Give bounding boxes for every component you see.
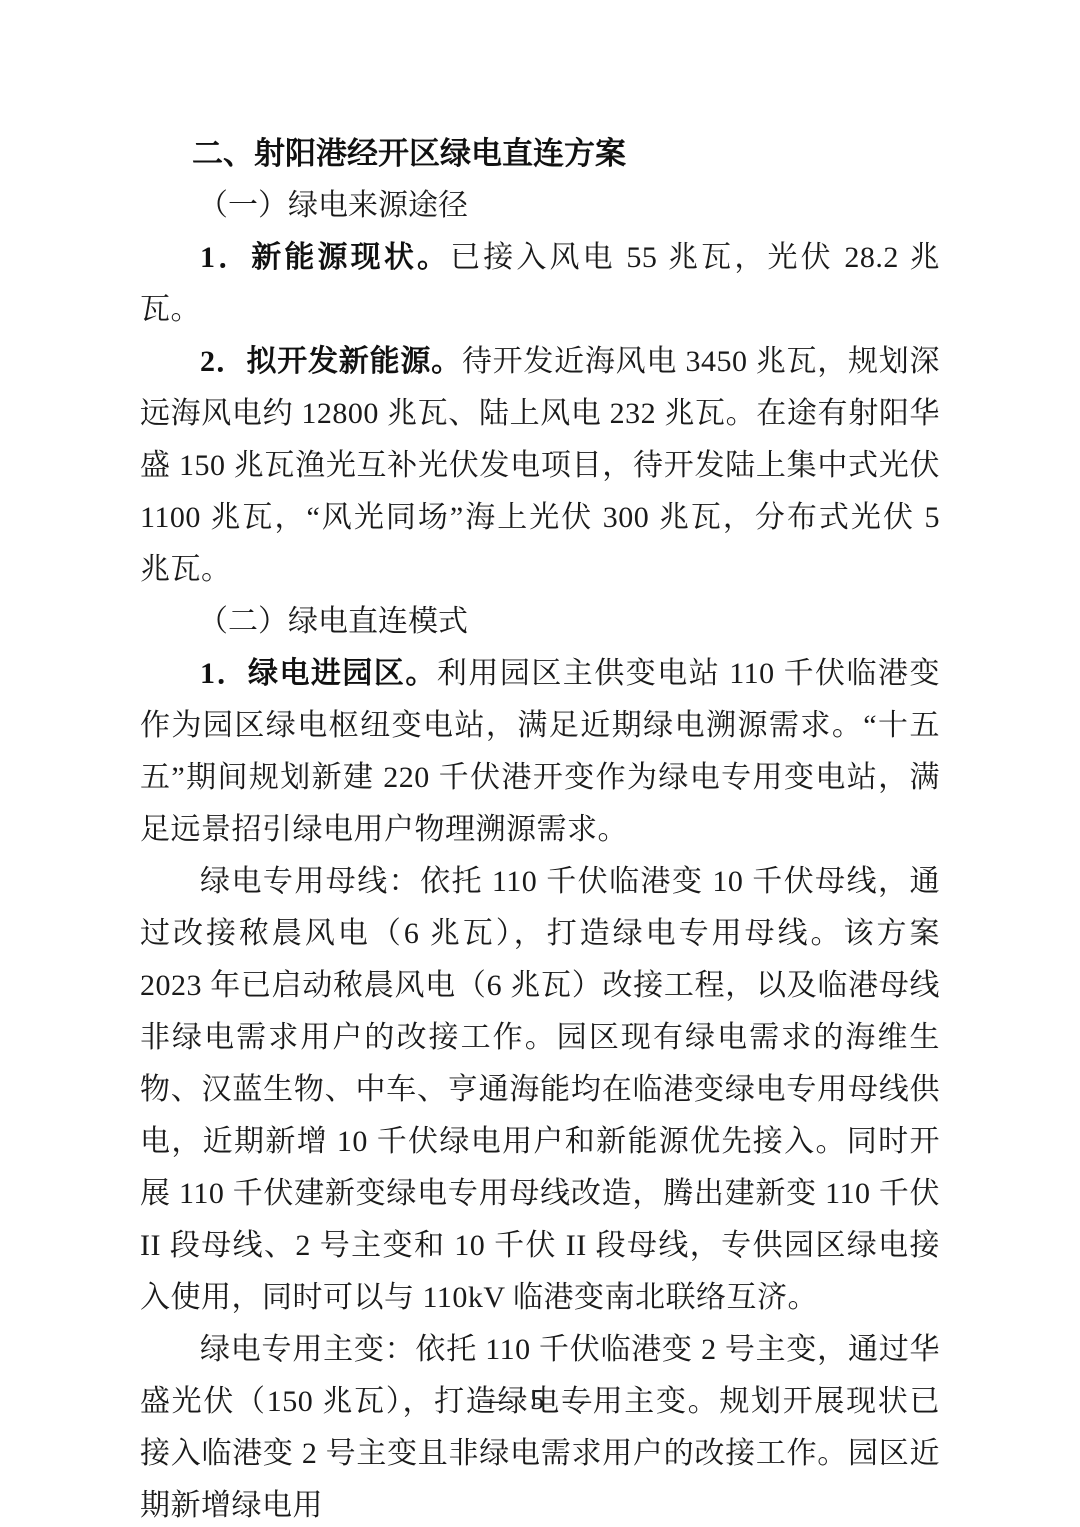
document-heading: 二、射阳港经开区绿电直连方案 xyxy=(140,128,940,180)
subsection-title-direct-connection-modes: （二）绿电直连模式 xyxy=(140,596,940,648)
paragraph-planned-new-energy: 2．拟开发新能源。待开发近海风电 3450 兆瓦，规划深远海风电约 12800 … xyxy=(140,336,940,596)
subsection-title-green-power-sources: （一）绿电来源途径 xyxy=(140,180,940,232)
paragraph-green-power-into-park: 1．绿电进园区。利用园区主供变电站 110 千伏临港变作为园区绿电枢纽变电站，满… xyxy=(140,648,940,856)
paragraph-lead: 2．拟开发新能源。 xyxy=(200,345,462,378)
paragraph-lead: 1．绿电进园区。 xyxy=(200,657,437,690)
page-number: — 5 — xyxy=(0,1384,1080,1418)
paragraph-dedicated-green-busbar: 绿电专用母线：依托 110 千伏临港变 10 千伏母线，通过改接秾晨风电（6 兆… xyxy=(140,856,940,1324)
document-page: 二、射阳港经开区绿电直连方案 （一）绿电来源途径 1．新能源现状。已接入风电 5… xyxy=(0,0,1080,1527)
paragraph-lead: 1．新能源现状。 xyxy=(200,241,450,274)
document-content: 二、射阳港经开区绿电直连方案 （一）绿电来源途径 1．新能源现状。已接入风电 5… xyxy=(140,128,940,1527)
paragraph-dedicated-main-transformer: 绿电专用主变：依托 110 千伏临港变 2 号主变，通过华盛光伏（150 兆瓦）… xyxy=(140,1324,940,1527)
paragraph-new-energy-status: 1．新能源现状。已接入风电 55 兆瓦，光伏 28.2 兆瓦。 xyxy=(140,232,940,336)
paragraph-text: 绿电专用主变：依托 110 千伏临港变 2 号主变，通过华盛光伏（150 兆瓦）… xyxy=(140,1333,940,1522)
paragraph-text: 绿电专用母线：依托 110 千伏临港变 10 千伏母线，通过改接秾晨风电（6 兆… xyxy=(140,865,940,1314)
paragraph-text: 待开发近海风电 3450 兆瓦，规划深远海风电约 12800 兆瓦、陆上风电 2… xyxy=(140,345,940,586)
